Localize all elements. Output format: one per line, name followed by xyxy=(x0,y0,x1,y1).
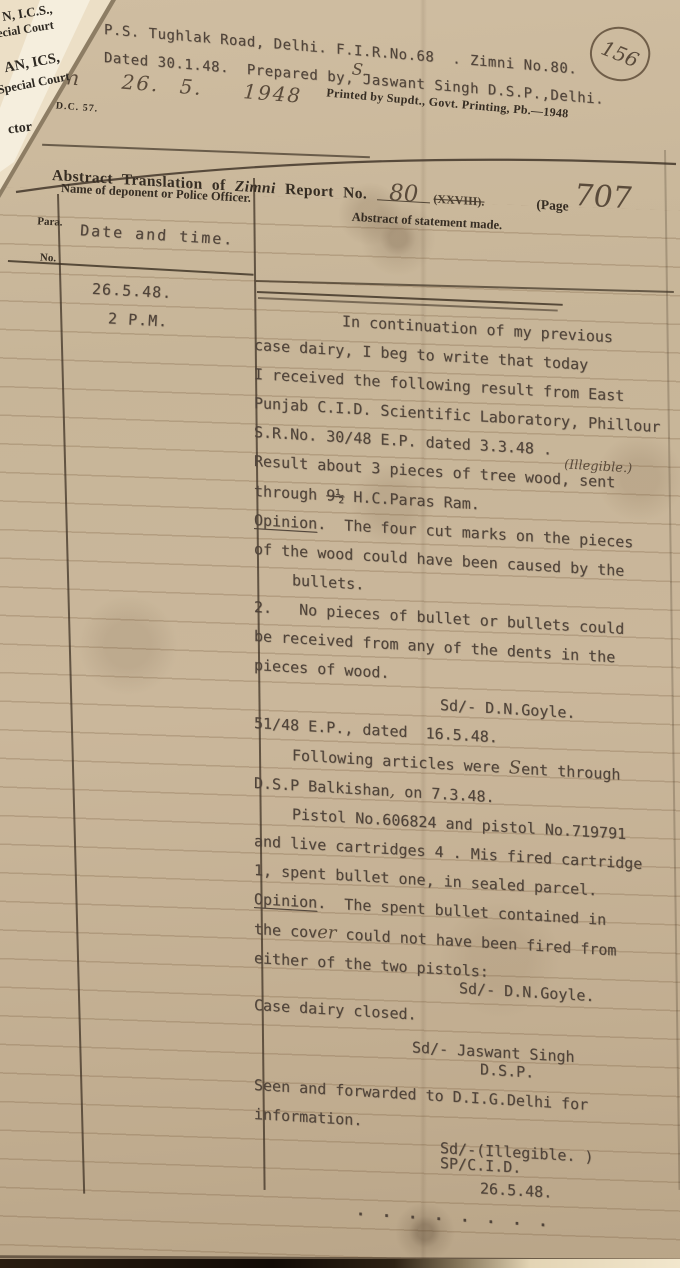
typed-text: Sd/- D.N.Goyle. xyxy=(440,696,575,722)
struck-roman-numeral: (XXVIII). xyxy=(433,192,484,209)
typed-text: ent through xyxy=(521,760,620,784)
page-label: (Page xyxy=(536,197,568,214)
typed-text: pieces of wood. xyxy=(254,656,389,682)
typed-body: In continuation of my previouscase dairy… xyxy=(254,302,680,1245)
document-scan: P.S. Tughlak Road, Delhi. F.I.R.No.68 . … xyxy=(0,0,680,1268)
underlay-text-fragment: ctor xyxy=(7,120,33,139)
handwritten-correction: S xyxy=(509,757,521,779)
typed-text: Opinion xyxy=(254,511,317,533)
typed-text: Opinion xyxy=(254,890,317,912)
typed-text: . . . . . . . . xyxy=(356,1201,551,1231)
typed-text: SP/C.I.D. xyxy=(440,1154,521,1177)
title-suffix: Report No. xyxy=(276,180,367,202)
typed-text: 26.5.48. xyxy=(480,1179,552,1201)
typed-text: Case dairy closed. xyxy=(254,996,417,1024)
handwritten-insert-s: S. xyxy=(351,59,368,79)
typed-text: on 7.3.48. xyxy=(395,782,494,806)
typed-text: D.S.P. xyxy=(480,1060,534,1081)
typed-text: bullets. xyxy=(292,571,364,593)
entry-time: 2 P.M. xyxy=(108,309,169,330)
folio-number: 156 xyxy=(598,36,642,73)
col1-header: Para. No. xyxy=(24,191,75,289)
typed-text: D.S.P Balkishan xyxy=(254,774,389,800)
typed-text: H.C.Paras Ram. xyxy=(344,487,479,513)
scan-bottom-edge xyxy=(0,1259,680,1268)
handwritten-report-number: 80 xyxy=(377,185,430,203)
typed-text: 9½ xyxy=(326,486,344,505)
typed-text: information. xyxy=(254,1105,362,1129)
typed-text: Sd/- D.N.Goyle. xyxy=(459,979,594,1005)
handwritten-correction: er xyxy=(317,922,336,944)
handwritten-page-number: 707 xyxy=(575,178,632,216)
typed-text: the cov xyxy=(254,920,317,942)
typed-text: through xyxy=(254,482,326,504)
